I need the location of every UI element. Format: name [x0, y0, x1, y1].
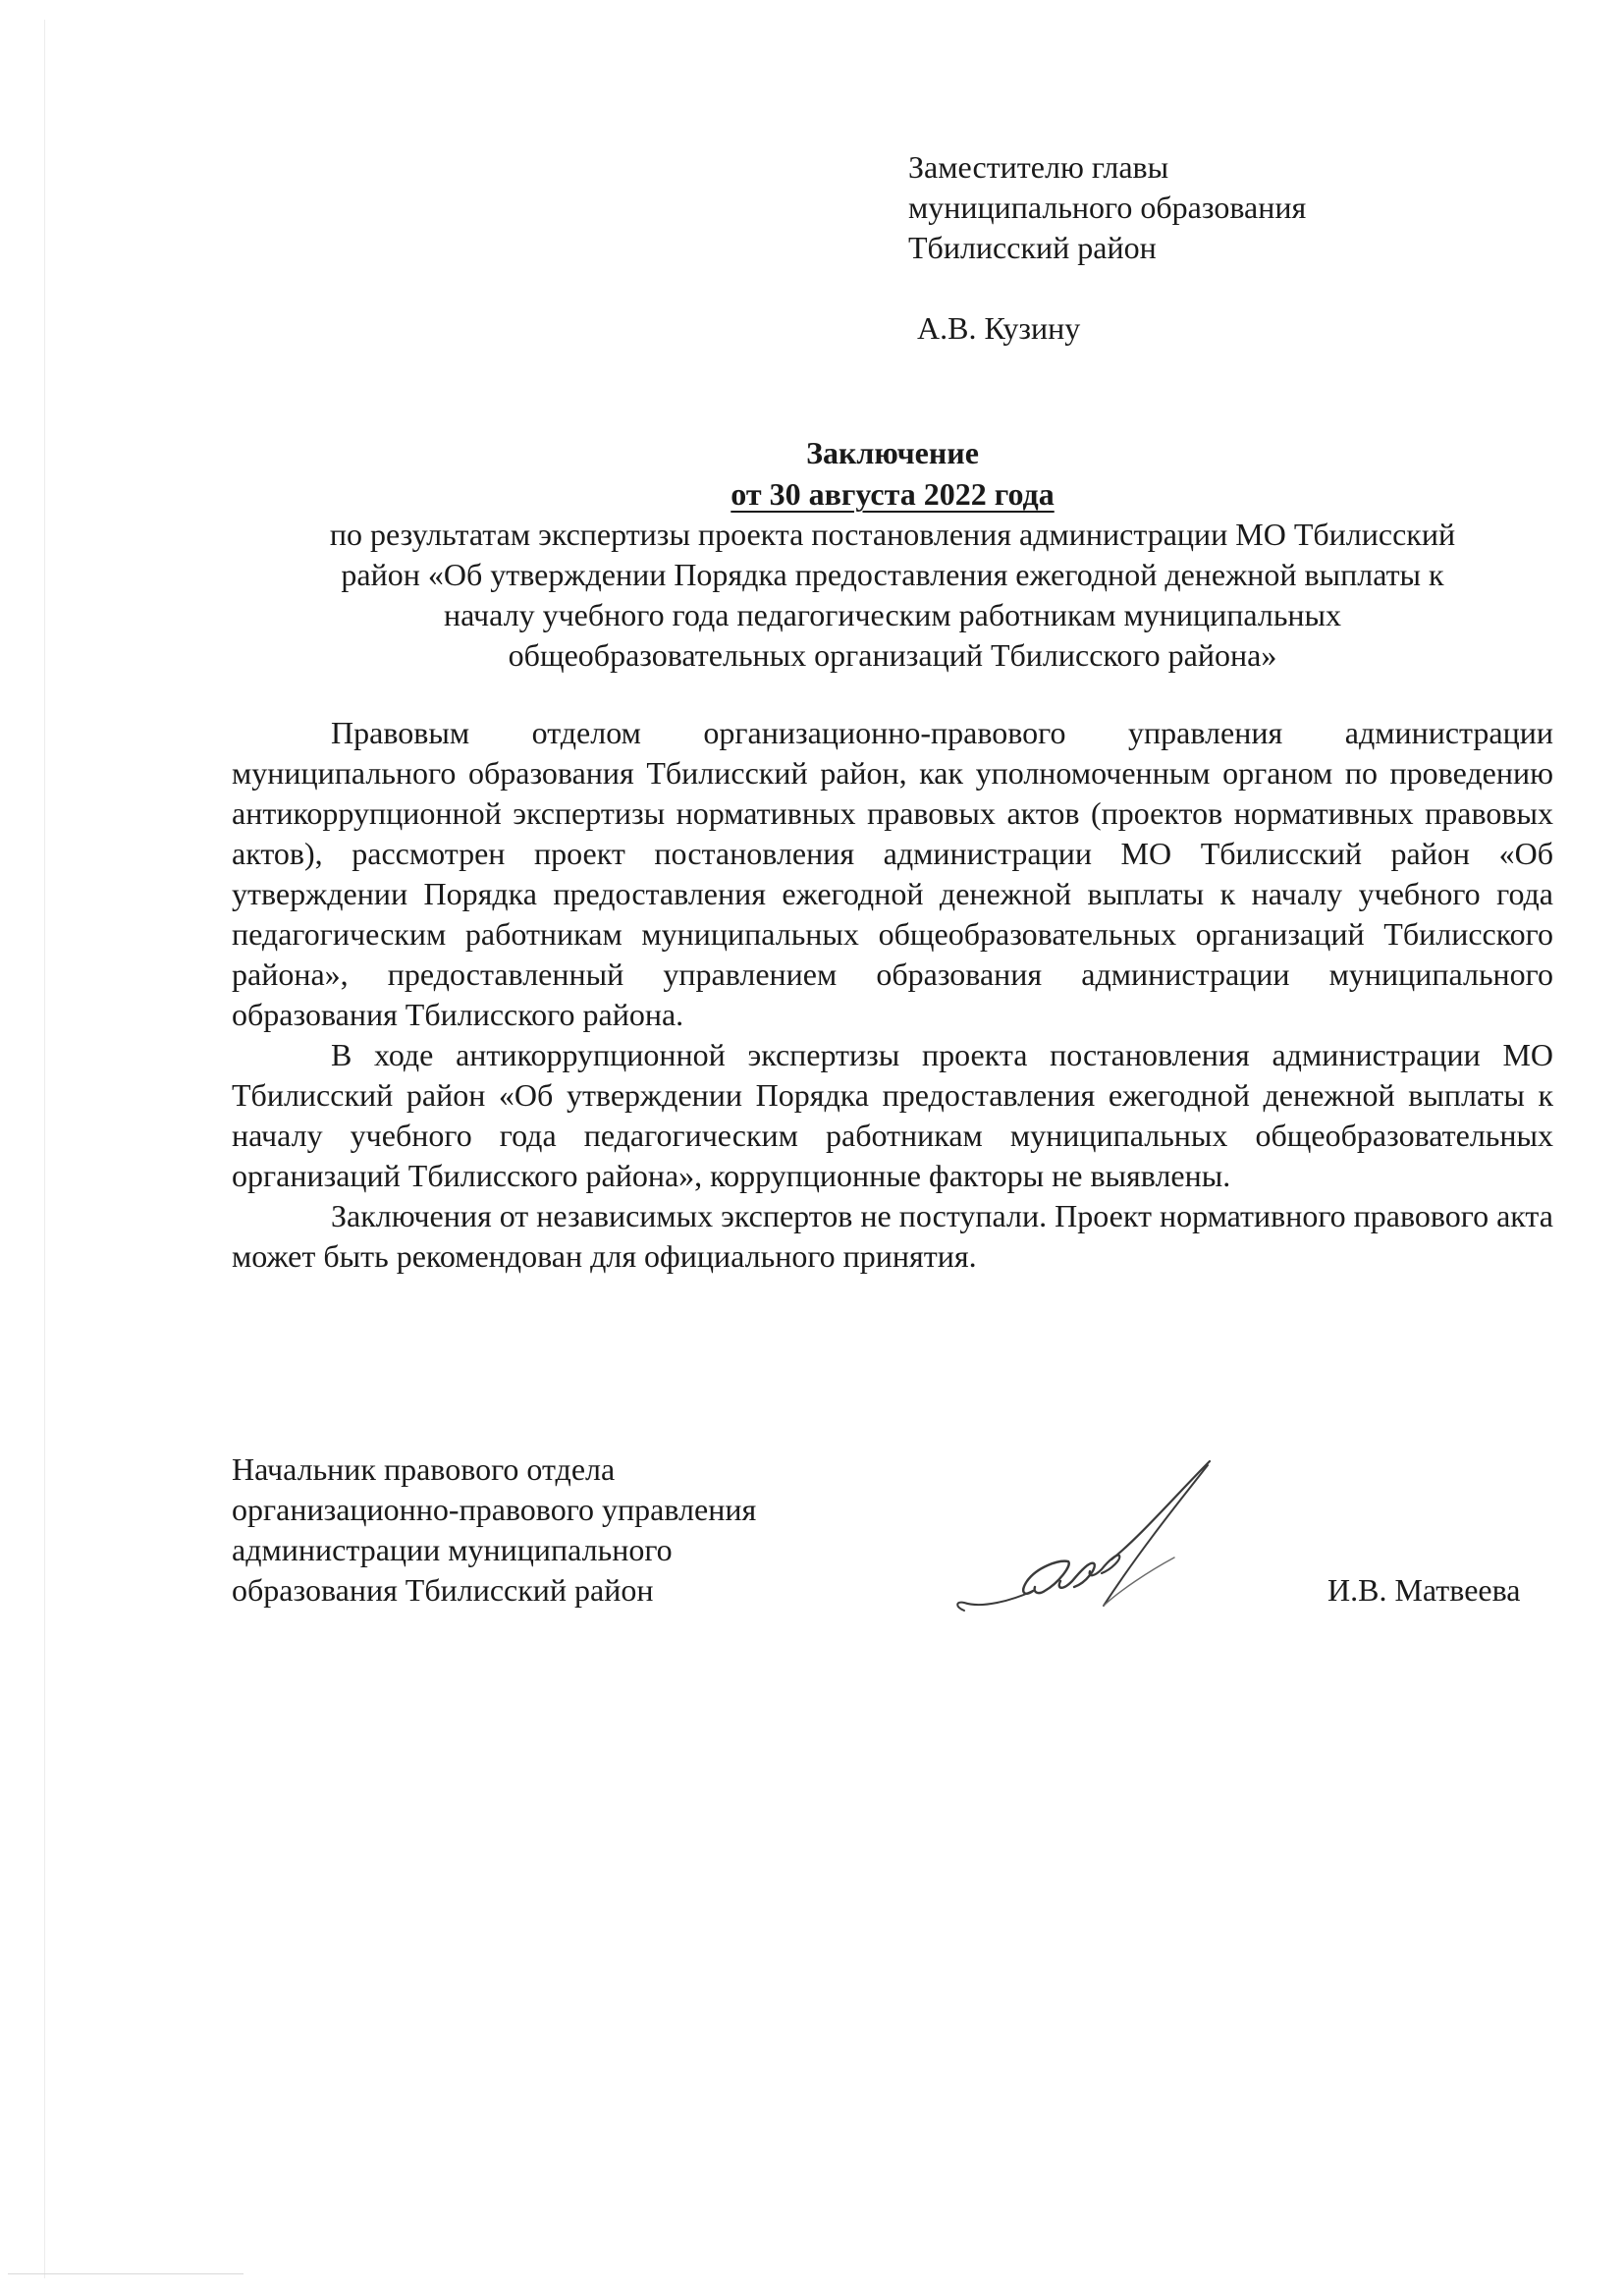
signatory-position: Начальник правового отдела организационн… — [232, 1449, 756, 1611]
subject-line: общеобразовательных организаций Тбилисск… — [232, 635, 1553, 676]
handwritten-signature-icon — [943, 1444, 1218, 1625]
scan-edge-line — [8, 2273, 244, 2274]
addressee-line: Тбилисский район — [908, 228, 1306, 268]
body-paragraph: В ходе антикоррупционной экспертизы прое… — [232, 1035, 1553, 1196]
addressee-line: Заместителю главы — [908, 147, 1306, 188]
document-header: Заключение от 30 августа 2022 года по ре… — [232, 432, 1553, 676]
document-subject: по результатам экспертизы проекта постан… — [232, 515, 1553, 676]
position-line: администрации муниципального — [232, 1530, 756, 1570]
document-date: от 30 августа 2022 года — [731, 473, 1054, 515]
position-line: Начальник правового отдела — [232, 1449, 756, 1490]
signer-name: И.В. Матвеева — [1327, 1570, 1520, 1611]
document-body: Правовым отделом организационно-правовог… — [232, 713, 1553, 1277]
subject-line: район «Об утверждении Порядка предоставл… — [232, 555, 1553, 595]
addressee-line: муниципального образования — [908, 188, 1306, 228]
addressee-name: А.В. Кузину — [908, 308, 1306, 349]
position-line: образования Тбилисский район — [232, 1570, 756, 1611]
body-paragraph: Правовым отделом организационно-правовог… — [232, 713, 1553, 1035]
document-title: Заключение — [232, 432, 1553, 473]
body-paragraph: Заключения от независимых экспертов не п… — [232, 1196, 1553, 1277]
subject-line: по результатам экспертизы проекта постан… — [232, 515, 1553, 555]
subject-line: началу учебного года педагогическим рабо… — [232, 595, 1553, 635]
addressee-block: Заместителю главы муниципального образов… — [908, 147, 1306, 349]
scan-edge-line — [44, 20, 45, 2278]
position-line: организационно-правового управления — [232, 1490, 756, 1530]
